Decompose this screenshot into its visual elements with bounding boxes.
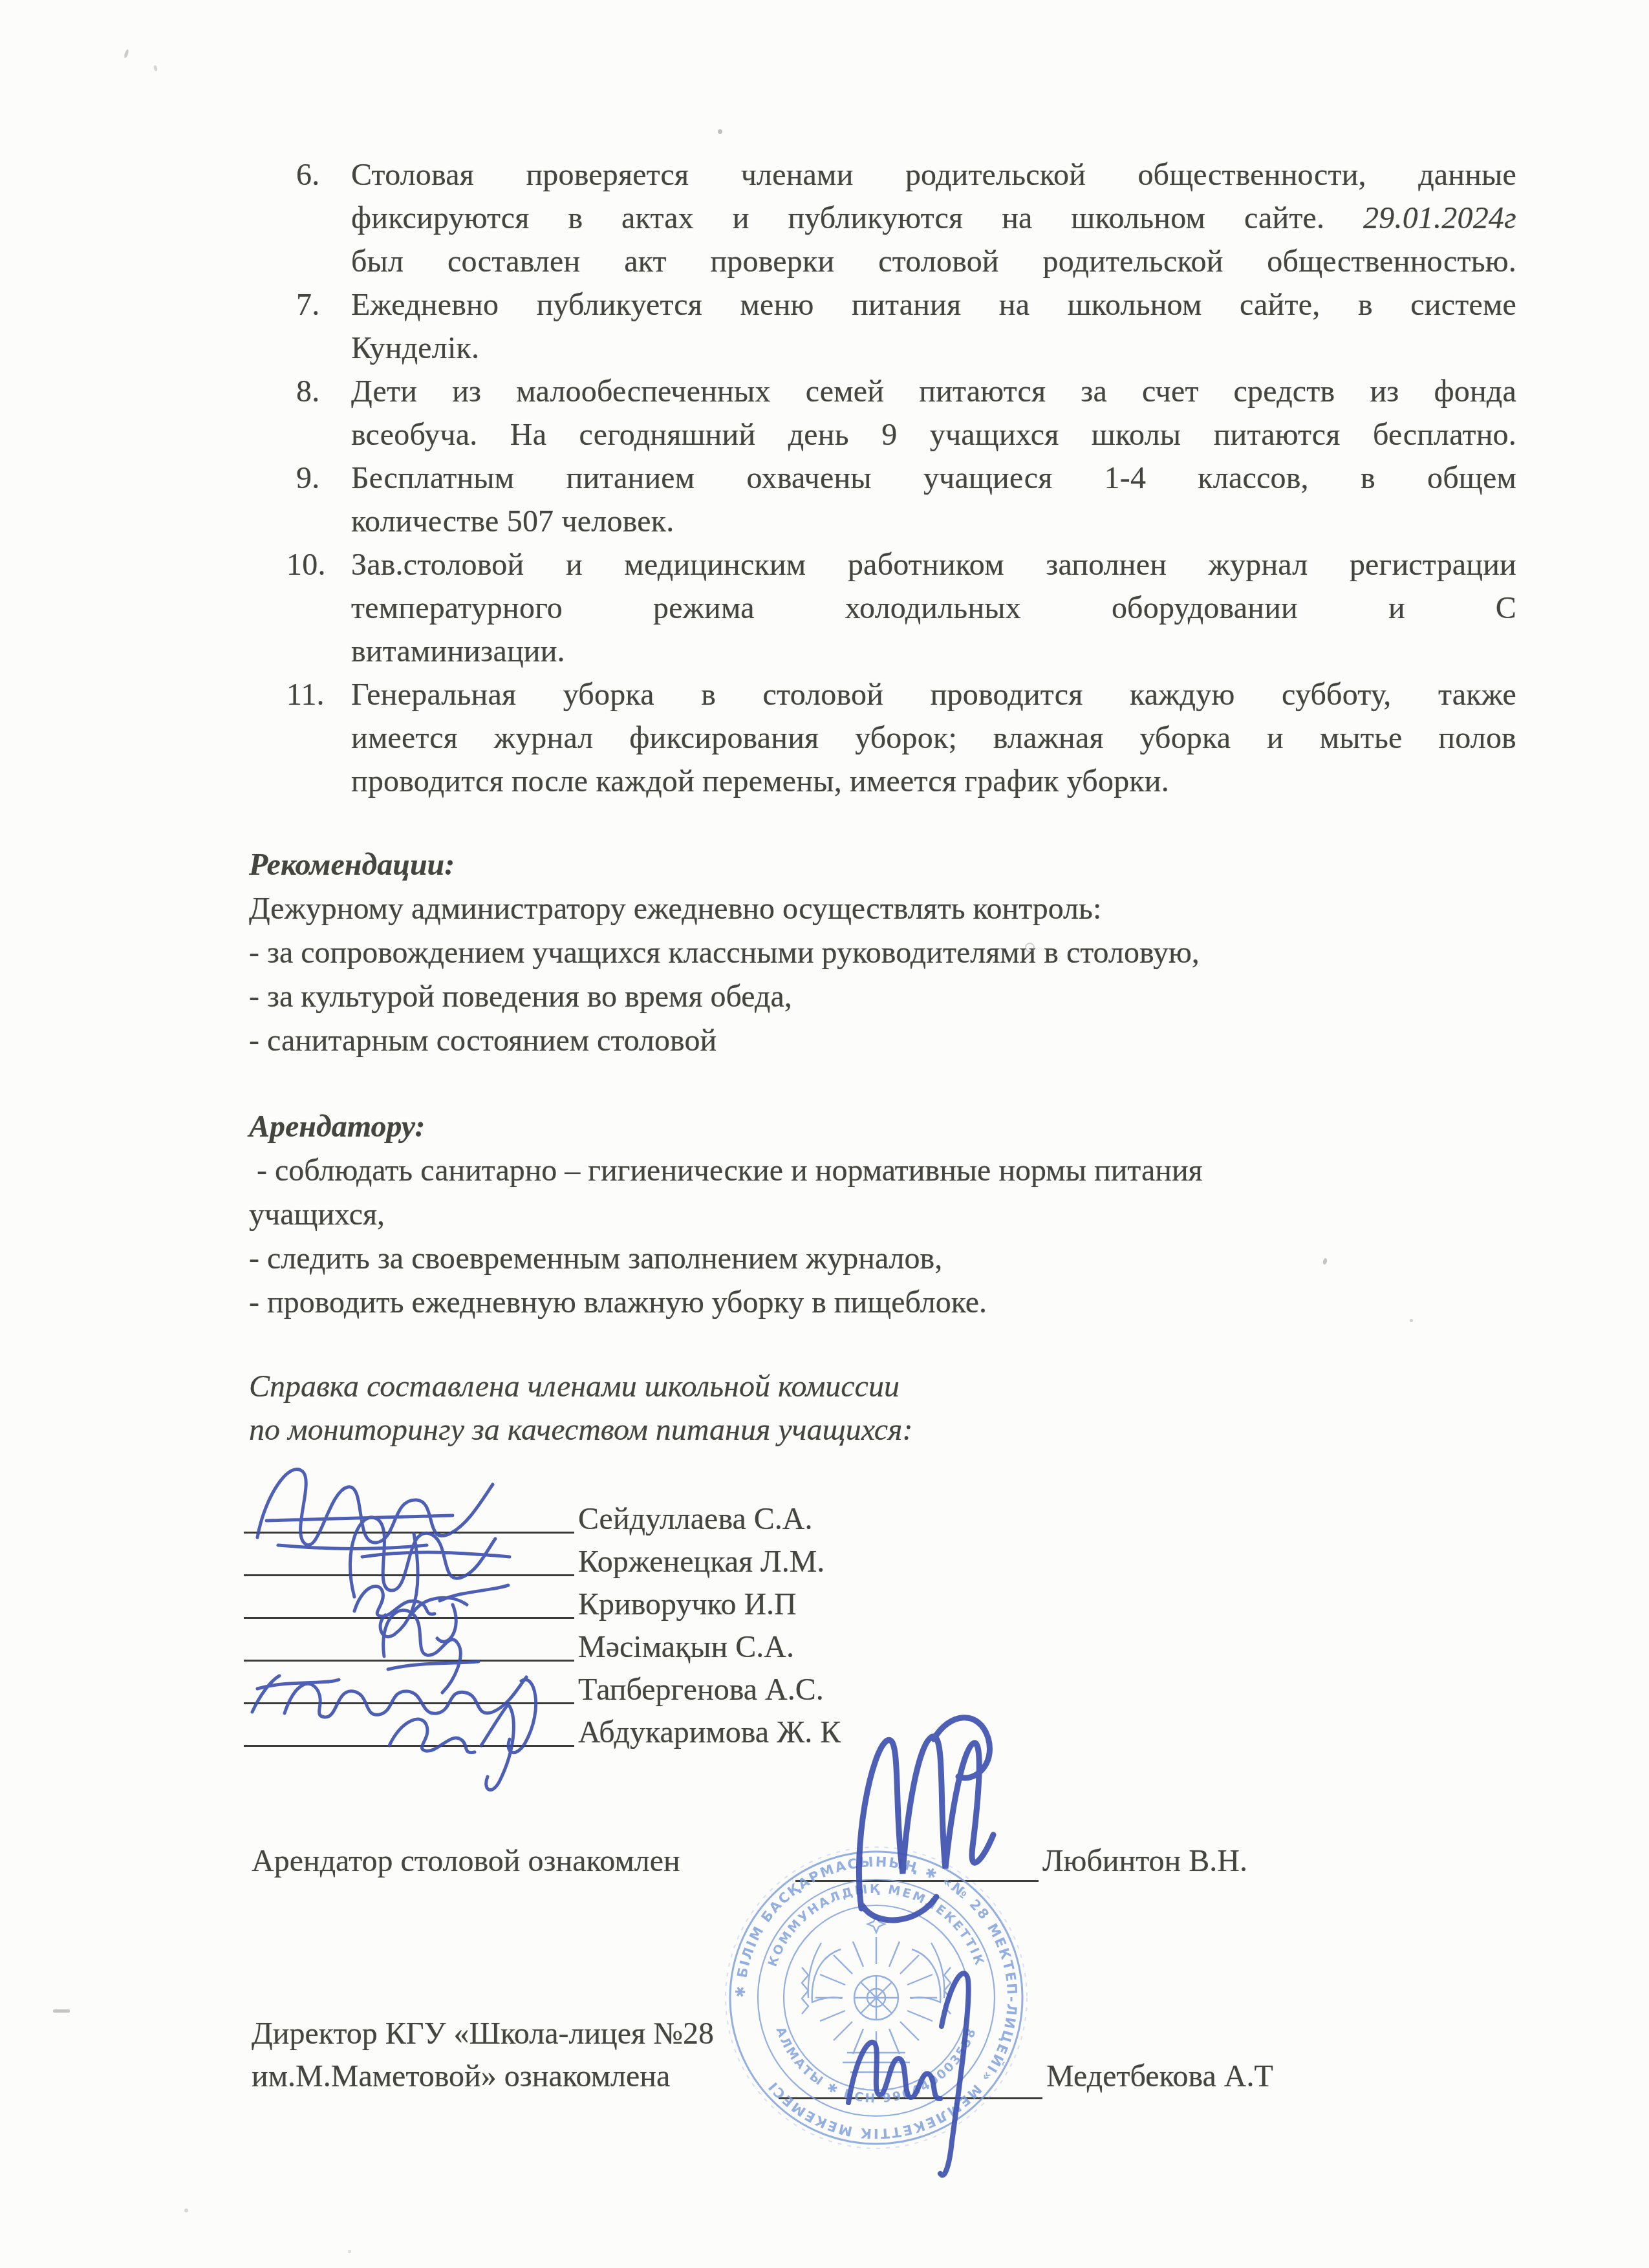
committee-row: Абдукаримова Ж. К: [244, 1709, 1214, 1752]
committee-member-name: Сейдуллаева С.А.: [578, 1500, 812, 1539]
committee-member-name: Тапбергенова А.С.: [578, 1671, 824, 1709]
signature-line: [244, 1702, 574, 1704]
committee-row: Тапбергенова А.С.: [244, 1667, 1214, 1709]
text-line: - за сопровождением учащихся классными р…: [249, 931, 1516, 975]
item-first-line: 8.Дети из малообеспеченных семей питаютс…: [249, 370, 1516, 413]
tenant-heading: Арендатору:: [249, 1105, 1516, 1149]
committee-list: Сейдуллаева С.А.Корженецкая Л.М.Криворуч…: [244, 1496, 1214, 1752]
item-number: 11.: [286, 673, 351, 716]
text-line: - проводить ежедневную влажную уборку в …: [249, 1281, 1516, 1325]
item-number: 6.: [296, 153, 351, 197]
item-continuation-line: количестве 507 человек.: [249, 500, 1516, 543]
recommendations-heading: Рекомендации:: [249, 843, 1516, 887]
scan-speck: [1025, 943, 1035, 952]
text-line: Дежурному администратору ежедневно осуще…: [249, 887, 1516, 931]
item-continuation-line: был составлен акт проверки столовой роди…: [249, 240, 1516, 283]
item-number: 7.: [296, 283, 351, 326]
committee-row: Сейдуллаева С.А.: [244, 1496, 1214, 1539]
item-continuation-line: всеобуча. На сегодняшний день 9 учащихся…: [249, 413, 1516, 456]
item-number: 10.: [286, 543, 351, 586]
item-continuation-line: проводится после каждой перемены, имеетс…: [249, 760, 1516, 803]
recommendations-section: Рекомендации: Дежурному администратору е…: [249, 843, 1516, 1063]
committee-member-name: Абдукаримова Ж. К: [578, 1713, 841, 1752]
signature-line: [244, 1574, 574, 1576]
signature-line: [244, 1617, 574, 1619]
scan-speck: [718, 129, 722, 134]
item-first-line: 9.Бесплатным питанием охвачены учащиеся …: [249, 456, 1516, 500]
text-line: - санитарным состоянием столовой: [249, 1019, 1516, 1063]
scan-speck: [184, 2209, 188, 2212]
director-ack-name: Медетбекова А.Т: [1046, 2055, 1273, 2098]
scan-speck: [1410, 1319, 1413, 1322]
director-ack-line-2: им.М.Маметовой» ознакомлена: [252, 2055, 670, 2098]
item-first-line: 10.Зав.столовой и медицинским работником…: [249, 543, 1516, 586]
item-first-line: 7.Ежедневно публикуется меню питания на …: [249, 283, 1516, 326]
committee-member-name: Корженецкая Л.М.: [578, 1543, 824, 1581]
closing-line-1: Справка составлена членами школьной коми…: [249, 1365, 1516, 1408]
tenant-section: Арендатору: - соблюдать санитарно – гиги…: [249, 1105, 1516, 1325]
committee-row: Мәсімақын С.А.: [244, 1624, 1214, 1667]
numbered-list: 6.Столовая проверяется членами родительс…: [249, 153, 1516, 803]
scanned-document-page: { "document": { "text_color": "#45453f",…: [0, 0, 1649, 2268]
committee-member-name: Мәсімақын С.А.: [578, 1628, 794, 1667]
item-number: 9.: [296, 456, 351, 500]
item-continuation-line: витаминизации.: [249, 630, 1516, 673]
scan-speck: [348, 2250, 351, 2253]
official-round-stamp: ✱ БІЛІМ БАСҚАРМАСЫНЫҢ ✱ «№ 28 МЕКТЕП-ЛИЦ…: [724, 1846, 1028, 2150]
closing-section: Справка составлена членами школьной коми…: [249, 1365, 1516, 1451]
item-continuation-line: температурного режима холодильных оборуд…: [249, 586, 1516, 630]
committee-member-name: Криворучко И.П: [578, 1585, 797, 1624]
tenant-ack-label: Арендатор столовой ознакомлен: [252, 1840, 680, 1883]
text-line: - соблюдать санитарно – гигиенические и …: [249, 1149, 1516, 1193]
signature-line: [244, 1745, 574, 1747]
committee-row: Корженецкая Л.М.: [244, 1539, 1214, 1581]
item-first-line: 6.Столовая проверяется членами родительс…: [249, 153, 1516, 197]
director-ack-line-1: Директор КГУ «Школа-лицея №28: [252, 2013, 714, 2055]
tenant-lines: - соблюдать санитарно – гигиенические и …: [249, 1149, 1516, 1325]
signature-line: [244, 1532, 574, 1534]
kazakhstan-emblem-icon: [802, 1916, 951, 2072]
item-continuation-line: имеется журнал фиксирования уборок; влаж…: [249, 716, 1516, 760]
item-number: 8.: [296, 370, 351, 413]
item-continuation-line: фиксируются в актах и публикуются на шко…: [249, 197, 1516, 240]
text-line: учащихся,: [249, 1193, 1516, 1237]
scan-speck: [53, 2009, 70, 2013]
tenant-ack-name: Любинтон В.Н.: [1042, 1840, 1247, 1883]
item-first-line: 11.Генеральная уборка в столовой проводи…: [249, 673, 1516, 716]
committee-row: Криворучко И.П: [244, 1581, 1214, 1624]
signature-line: [244, 1660, 574, 1662]
item-continuation-line: Кунделік.: [249, 326, 1516, 370]
recommendations-lines: Дежурному администратору ежедневно осуще…: [249, 887, 1516, 1063]
text-line: - за культурой поведения во время обеда,: [249, 975, 1516, 1019]
closing-line-2: по мониторингу за качеством питания учащ…: [249, 1408, 1516, 1451]
scan-speck: [153, 65, 158, 72]
scan-speck: [124, 49, 129, 59]
